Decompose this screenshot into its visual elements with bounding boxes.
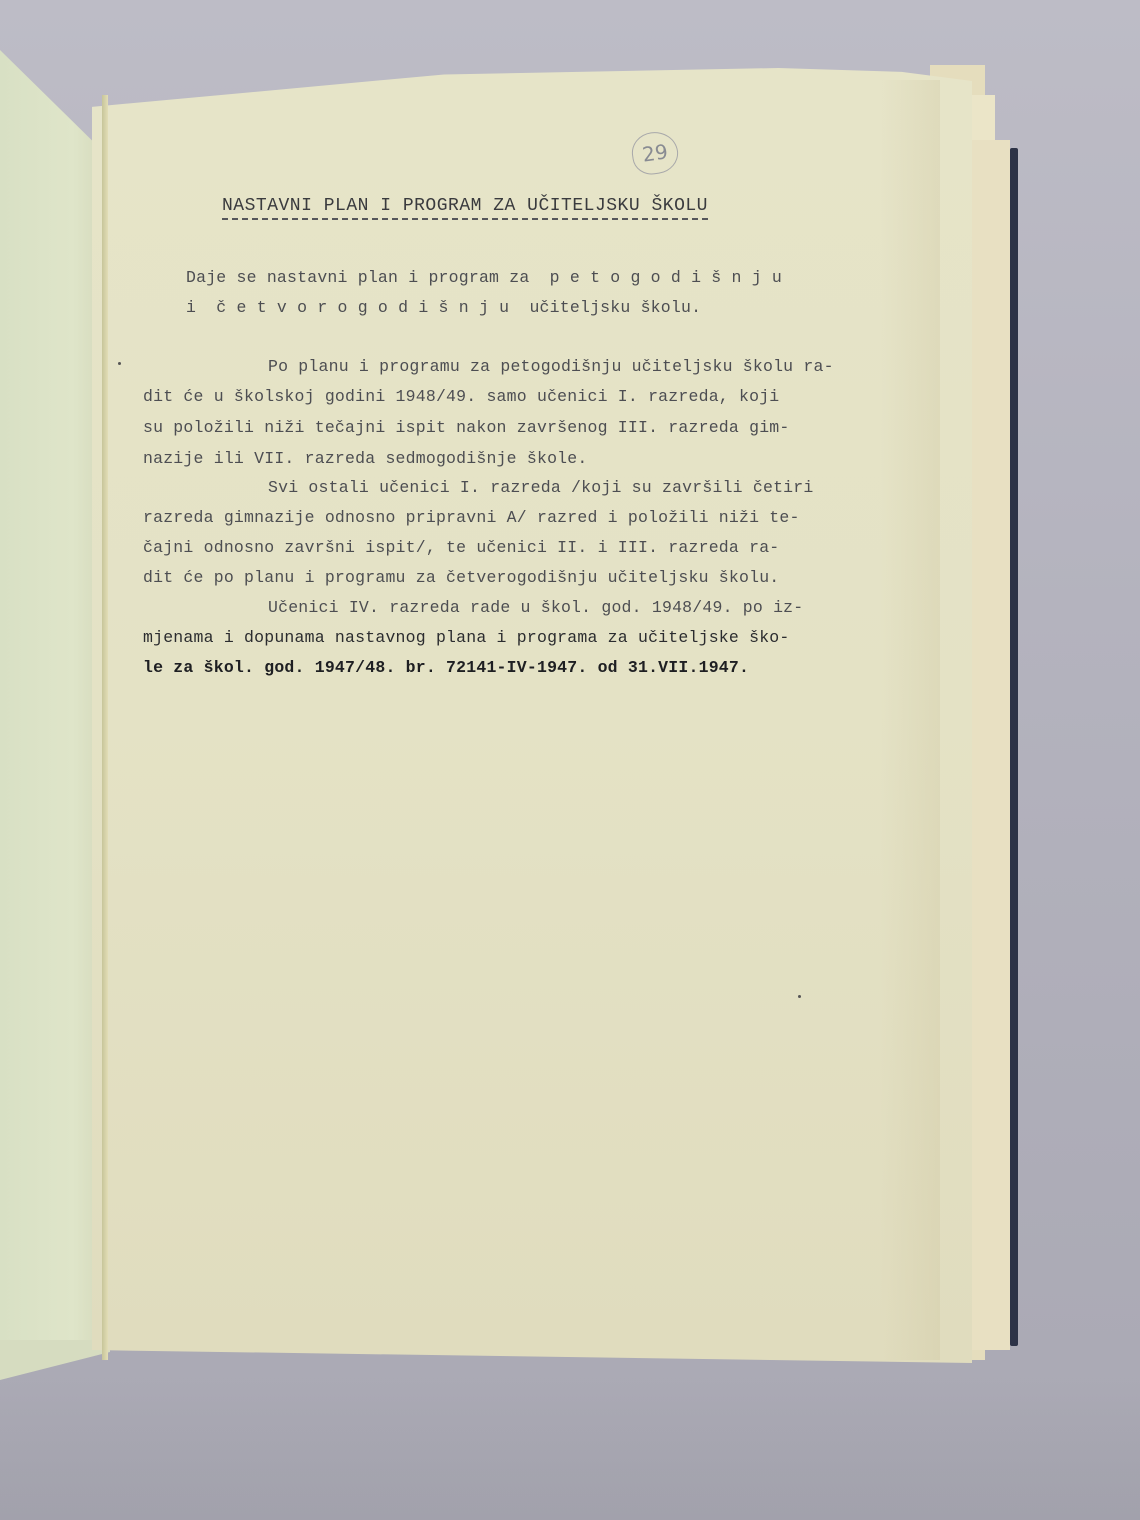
paper-speck (798, 995, 801, 998)
intro-line: Daje se nastavni plan i program za p e t… (186, 268, 782, 287)
book-gutter (102, 95, 108, 1360)
book-cover-spine (1010, 148, 1018, 1346)
left-facing-page (0, 50, 105, 1340)
paragraph-line: nazije ili VII. razreda sedmogodišnje šk… (143, 449, 587, 468)
paragraph-line: Učenici IV. razreda rade u škol. god. 19… (268, 598, 803, 617)
paragraph-line-overtyped: le za škol. god. 1947/48. br. 72141-IV-1… (143, 658, 749, 677)
paragraph-line: dit će u školskoj godini 1948/49. samo u… (143, 387, 779, 406)
paragraph-line: čajni odnosno završni ispit/, te učenici… (143, 538, 779, 557)
page-shadow (880, 80, 940, 1360)
paragraph-line: mjenama i dopunama nastavnog plana i pro… (143, 628, 790, 647)
paper-speck (118, 362, 121, 365)
paragraph-line: razreda gimnazije odnosno pripravni A/ r… (143, 508, 800, 527)
intro-line: i č e t v o r o g o d i š n j u učiteljs… (186, 298, 701, 317)
document-page (92, 68, 972, 1363)
table-surface (0, 1380, 1140, 1520)
paragraph-line: su položili niži tečajni ispit nakon zav… (143, 418, 790, 437)
paragraph-line: Svi ostali učenici I. razreda /koji su z… (268, 478, 814, 497)
paragraph-line: dit će po planu i programu za četverogod… (143, 568, 779, 587)
paragraph-line: Po planu i programu za petogodišnju učit… (268, 357, 834, 376)
document-title: NASTAVNI PLAN I PROGRAM ZA UČITELJSKU ŠK… (222, 196, 708, 220)
